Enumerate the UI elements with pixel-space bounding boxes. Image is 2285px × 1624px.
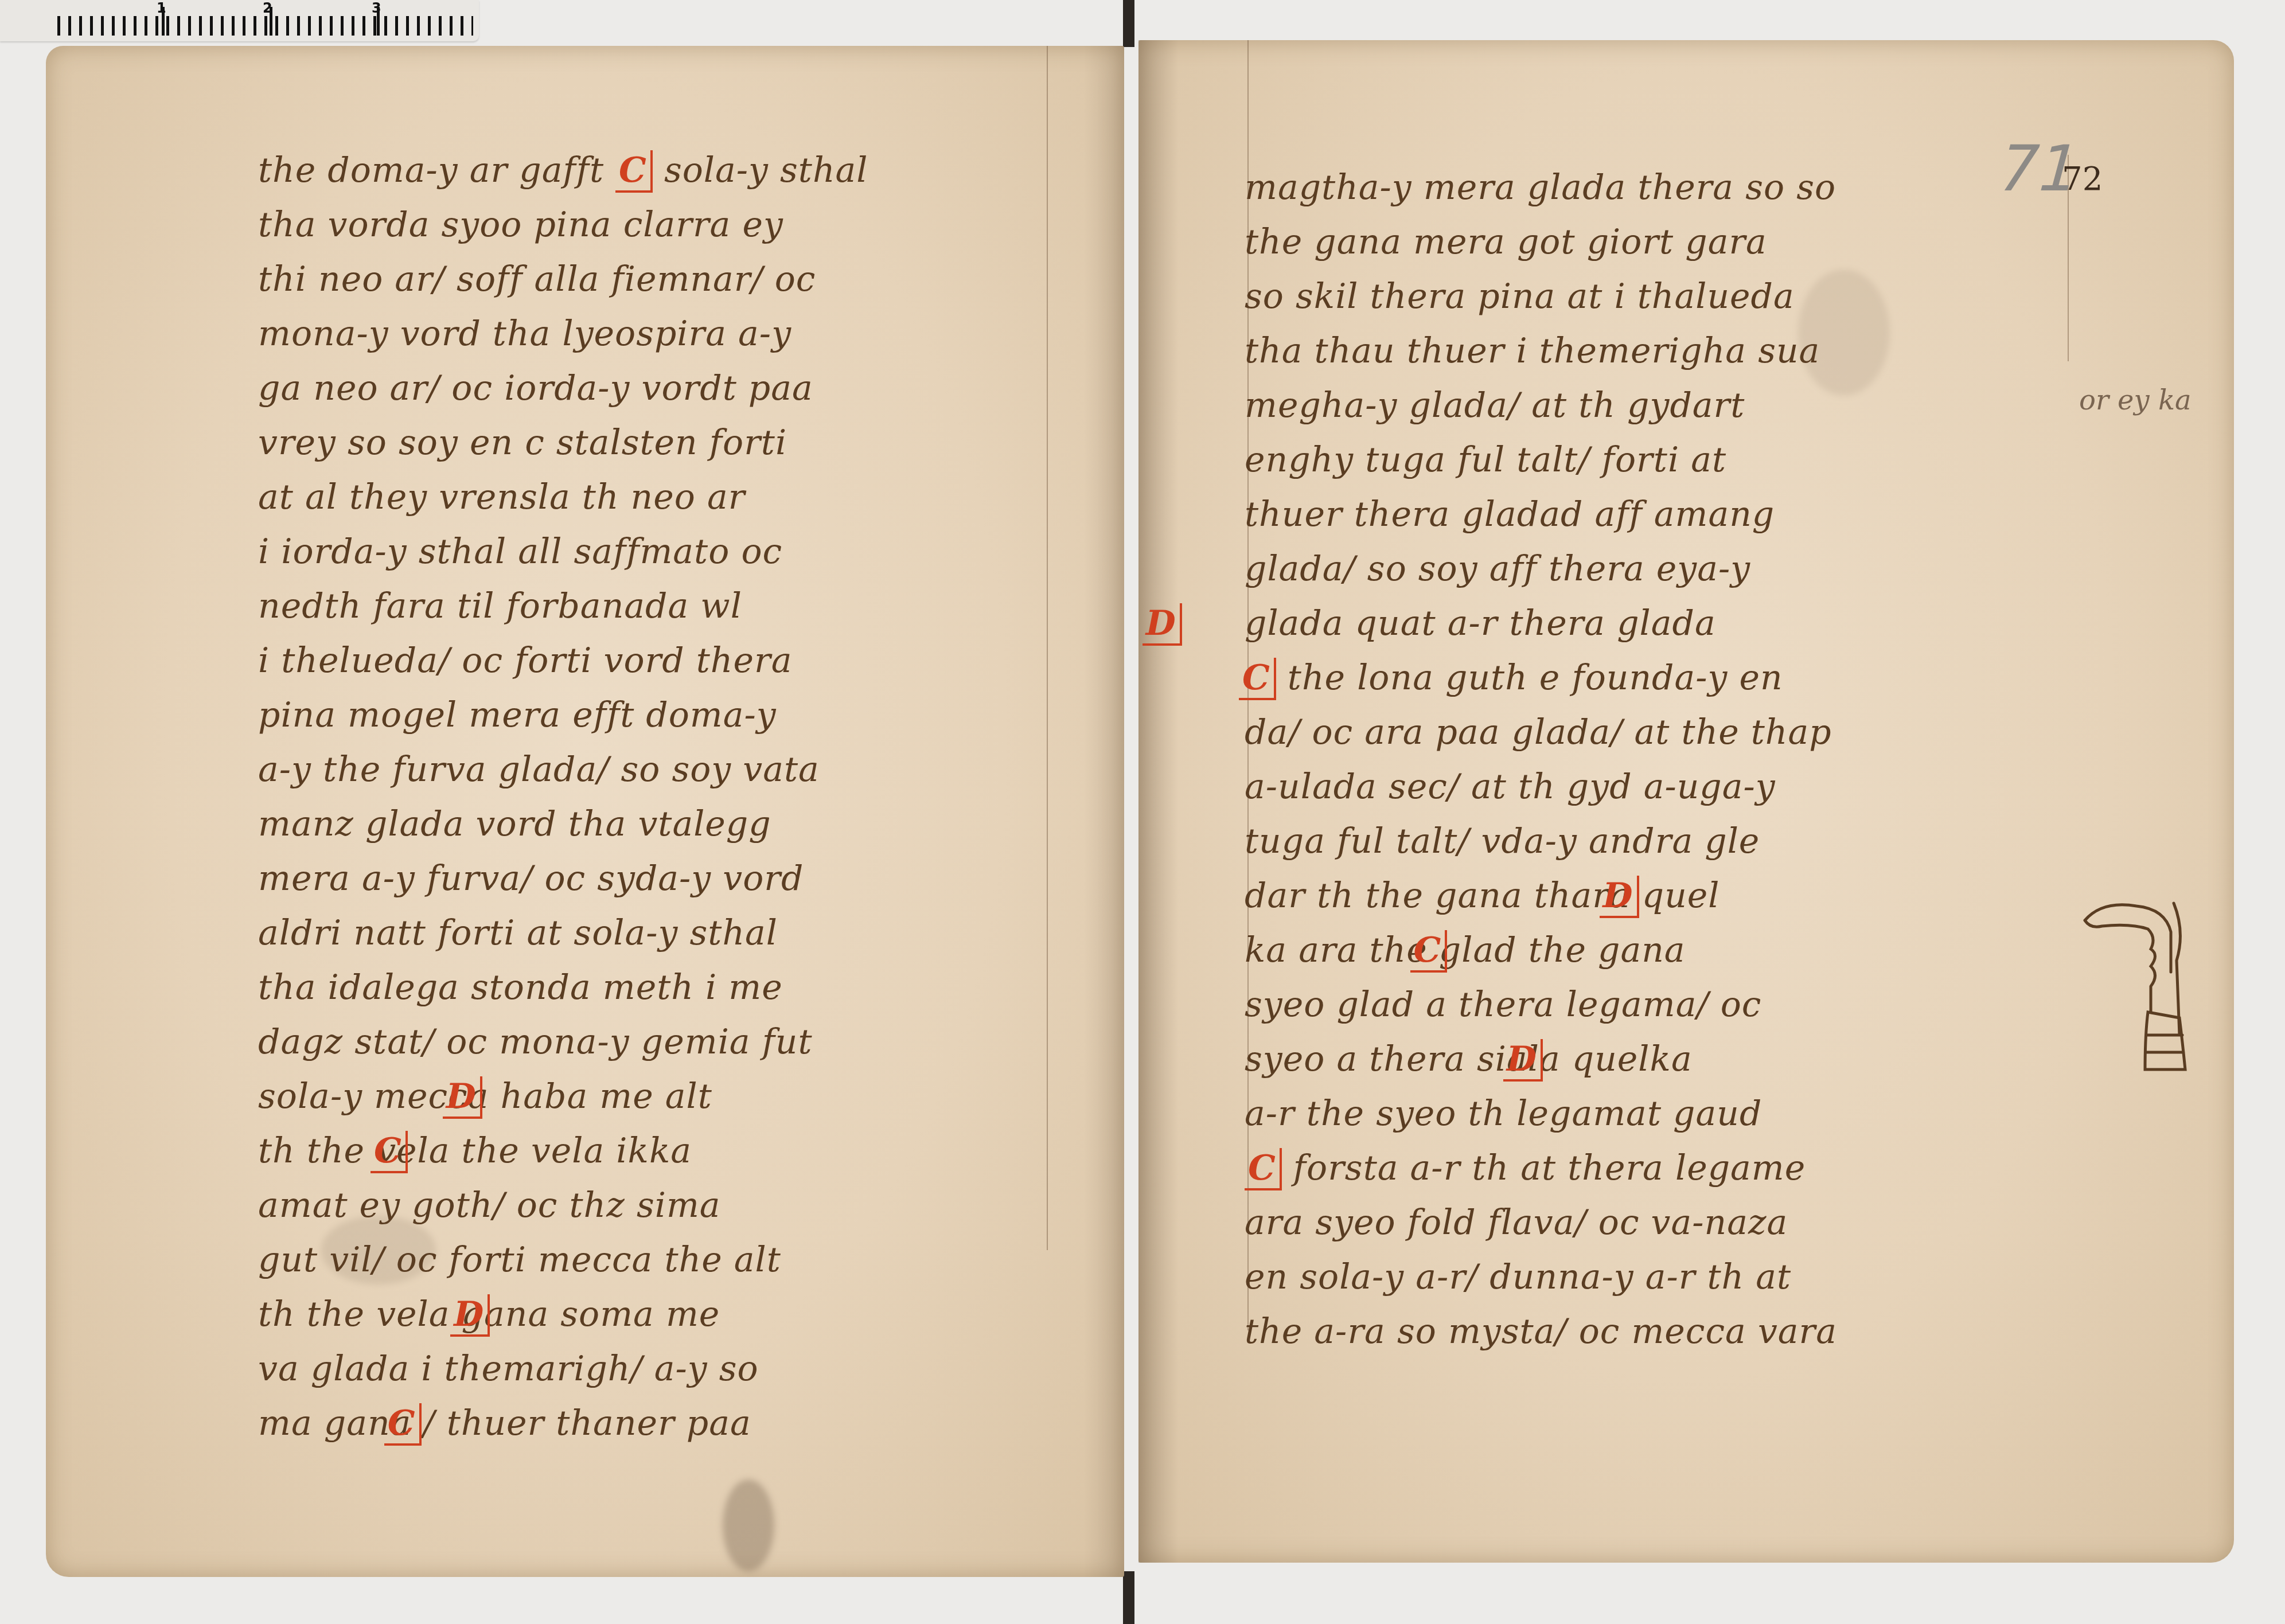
text-line: dar th the gana thara quelD: [1245, 869, 2070, 923]
text-line: aldri natt forti at sola-y sthal: [258, 906, 1061, 961]
text-line: i iorda-y sthal all saffmato oc: [258, 525, 1061, 579]
text-line: tha idalega stonda meth i me: [258, 961, 1061, 1015]
marginal-note: or ey ka: [2079, 384, 2192, 416]
text-line: mona-y vord tha lyeospira a-y: [258, 307, 1061, 361]
ruler-ticks: [57, 16, 473, 36]
text-line: at al they vrensla th neo ar: [258, 470, 1061, 525]
text-line: dagz stat/ oc mona-y gemia fut: [258, 1015, 1061, 1069]
text-line: a-y the furva glada/ so soy vata: [258, 743, 1061, 797]
text-line: so skil thera pina at i thalueda: [1245, 270, 2070, 324]
text-line: tha vorda syoo pina clarra ey: [258, 198, 1061, 252]
rubric-mark: C: [371, 1131, 408, 1173]
text-line: syeo a thera siala quelkaD: [1245, 1032, 2070, 1087]
text-line: enghy tuga ful talt/ forti at: [1245, 433, 2070, 487]
text-line: thuer thera gladad aff amang: [1245, 487, 2070, 542]
text-line: ka ara the glad the ganaC: [1245, 923, 2070, 978]
text-line: a-r the syeo th legamat gaud: [1245, 1087, 2070, 1141]
rubric-mark: D: [1600, 876, 1639, 918]
text-line: nedth fara til forbanada wl: [258, 579, 1061, 634]
text-line: the doma-y ar gafft C sola-y sthal: [258, 143, 1061, 198]
text-line: C forsta a-r th at thera legame: [1245, 1141, 2070, 1196]
text-line: the gana mera got giort gara: [1245, 215, 2070, 270]
spine-clamp-top: [1123, 0, 1134, 47]
text-line: thi neo ar/ soff alla fiemnar/ oc: [258, 252, 1061, 307]
rubric-mark: C: [1410, 930, 1448, 973]
text-line: syeo glad a thera legama/ oc: [1245, 978, 2070, 1032]
rubric-mark: D: [1142, 603, 1182, 646]
rubric-mark: C: [384, 1403, 422, 1446]
left-page: the doma-y ar gafft C sola-y sthal tha v…: [46, 46, 1124, 1577]
ruler-label: 2: [263, 0, 272, 16]
ink-stain: [723, 1479, 774, 1571]
text-line: mera a-y furva/ oc syda-y vord: [258, 852, 1061, 906]
text-line: th the vela gana soma meD: [258, 1287, 1061, 1342]
text-line: megha-y glada/ at th gydart: [1245, 378, 2070, 433]
text-line: va glada i themarigh/ a-y so: [258, 1342, 1061, 1396]
gutter-shadow: [1138, 40, 1179, 1563]
text-line: a-ulada sec/ at th gyd a-uga-y: [1245, 760, 2070, 814]
ruler-label: 1: [157, 0, 166, 16]
rubric-mark: D: [450, 1294, 490, 1337]
rubric-mark: D: [443, 1076, 482, 1119]
text-line: vrey so soy en c stalsten forti: [258, 416, 1061, 470]
spine-clamp-bottom: [1123, 1571, 1134, 1624]
text-line: manz glada vord tha vtalegg: [258, 797, 1061, 852]
text-line: da/ oc ara paa glada/ at the thap: [1245, 705, 2070, 760]
text-line: amat ey goth/ oc thz sima: [258, 1178, 1061, 1233]
text-line: pina mogel mera efft doma-y: [258, 688, 1061, 743]
text-line: ara syeo fold flava/ oc va-naza: [1245, 1196, 2070, 1250]
text-line: tuga ful talt/ vda-y andra gle: [1245, 814, 2070, 869]
text-line: glada/ so soy aff thera eya-y: [1245, 542, 2070, 596]
text-line: en sola-y a-r/ dunna-y a-r th at: [1245, 1250, 2070, 1305]
text-line: gut vil/ oc forti mecca the alt: [258, 1233, 1061, 1287]
text-line: tha thau thuer i themerigha sua: [1245, 324, 2070, 378]
rubric-mark: C: [615, 150, 653, 193]
text-line: glada quat a-r thera gladaD: [1245, 596, 2070, 651]
text-line: C the lona guth e founda-y en: [1245, 651, 2070, 705]
ruler-label: 3: [372, 0, 381, 16]
rubric-mark: C: [1239, 658, 1276, 700]
text-line: magtha-y mera glada thera so so: [1245, 161, 2070, 215]
gutter-shadow: [1084, 46, 1124, 1577]
text-line: sola-y mecca haba me altD: [258, 1069, 1061, 1124]
text-line: i thelueda/ oc forti vord thera: [258, 634, 1061, 688]
pointing-hand-icon: [2079, 897, 2188, 1081]
left-text-block: the doma-y ar gafft C sola-y sthal tha v…: [258, 143, 1061, 1451]
text-line: ga neo ar/ oc iorda-y vordt paa: [258, 361, 1061, 416]
rubric-mark: D: [1503, 1039, 1543, 1082]
right-text-block: magtha-y mera glada thera so so the gana…: [1245, 161, 2070, 1359]
text-line: ma gana / thuer thaner paaC: [258, 1396, 1061, 1451]
text-line: th the vela the vela ikkaC: [258, 1124, 1061, 1178]
right-page: 71 72 or ey ka magtha-y mera glada thera…: [1138, 40, 2234, 1563]
scale-ruler: 1 2 3: [0, 0, 479, 41]
text-line: the a-ra so mysta/ oc mecca vara: [1245, 1305, 2070, 1359]
rubric-mark: C: [1245, 1148, 1282, 1190]
